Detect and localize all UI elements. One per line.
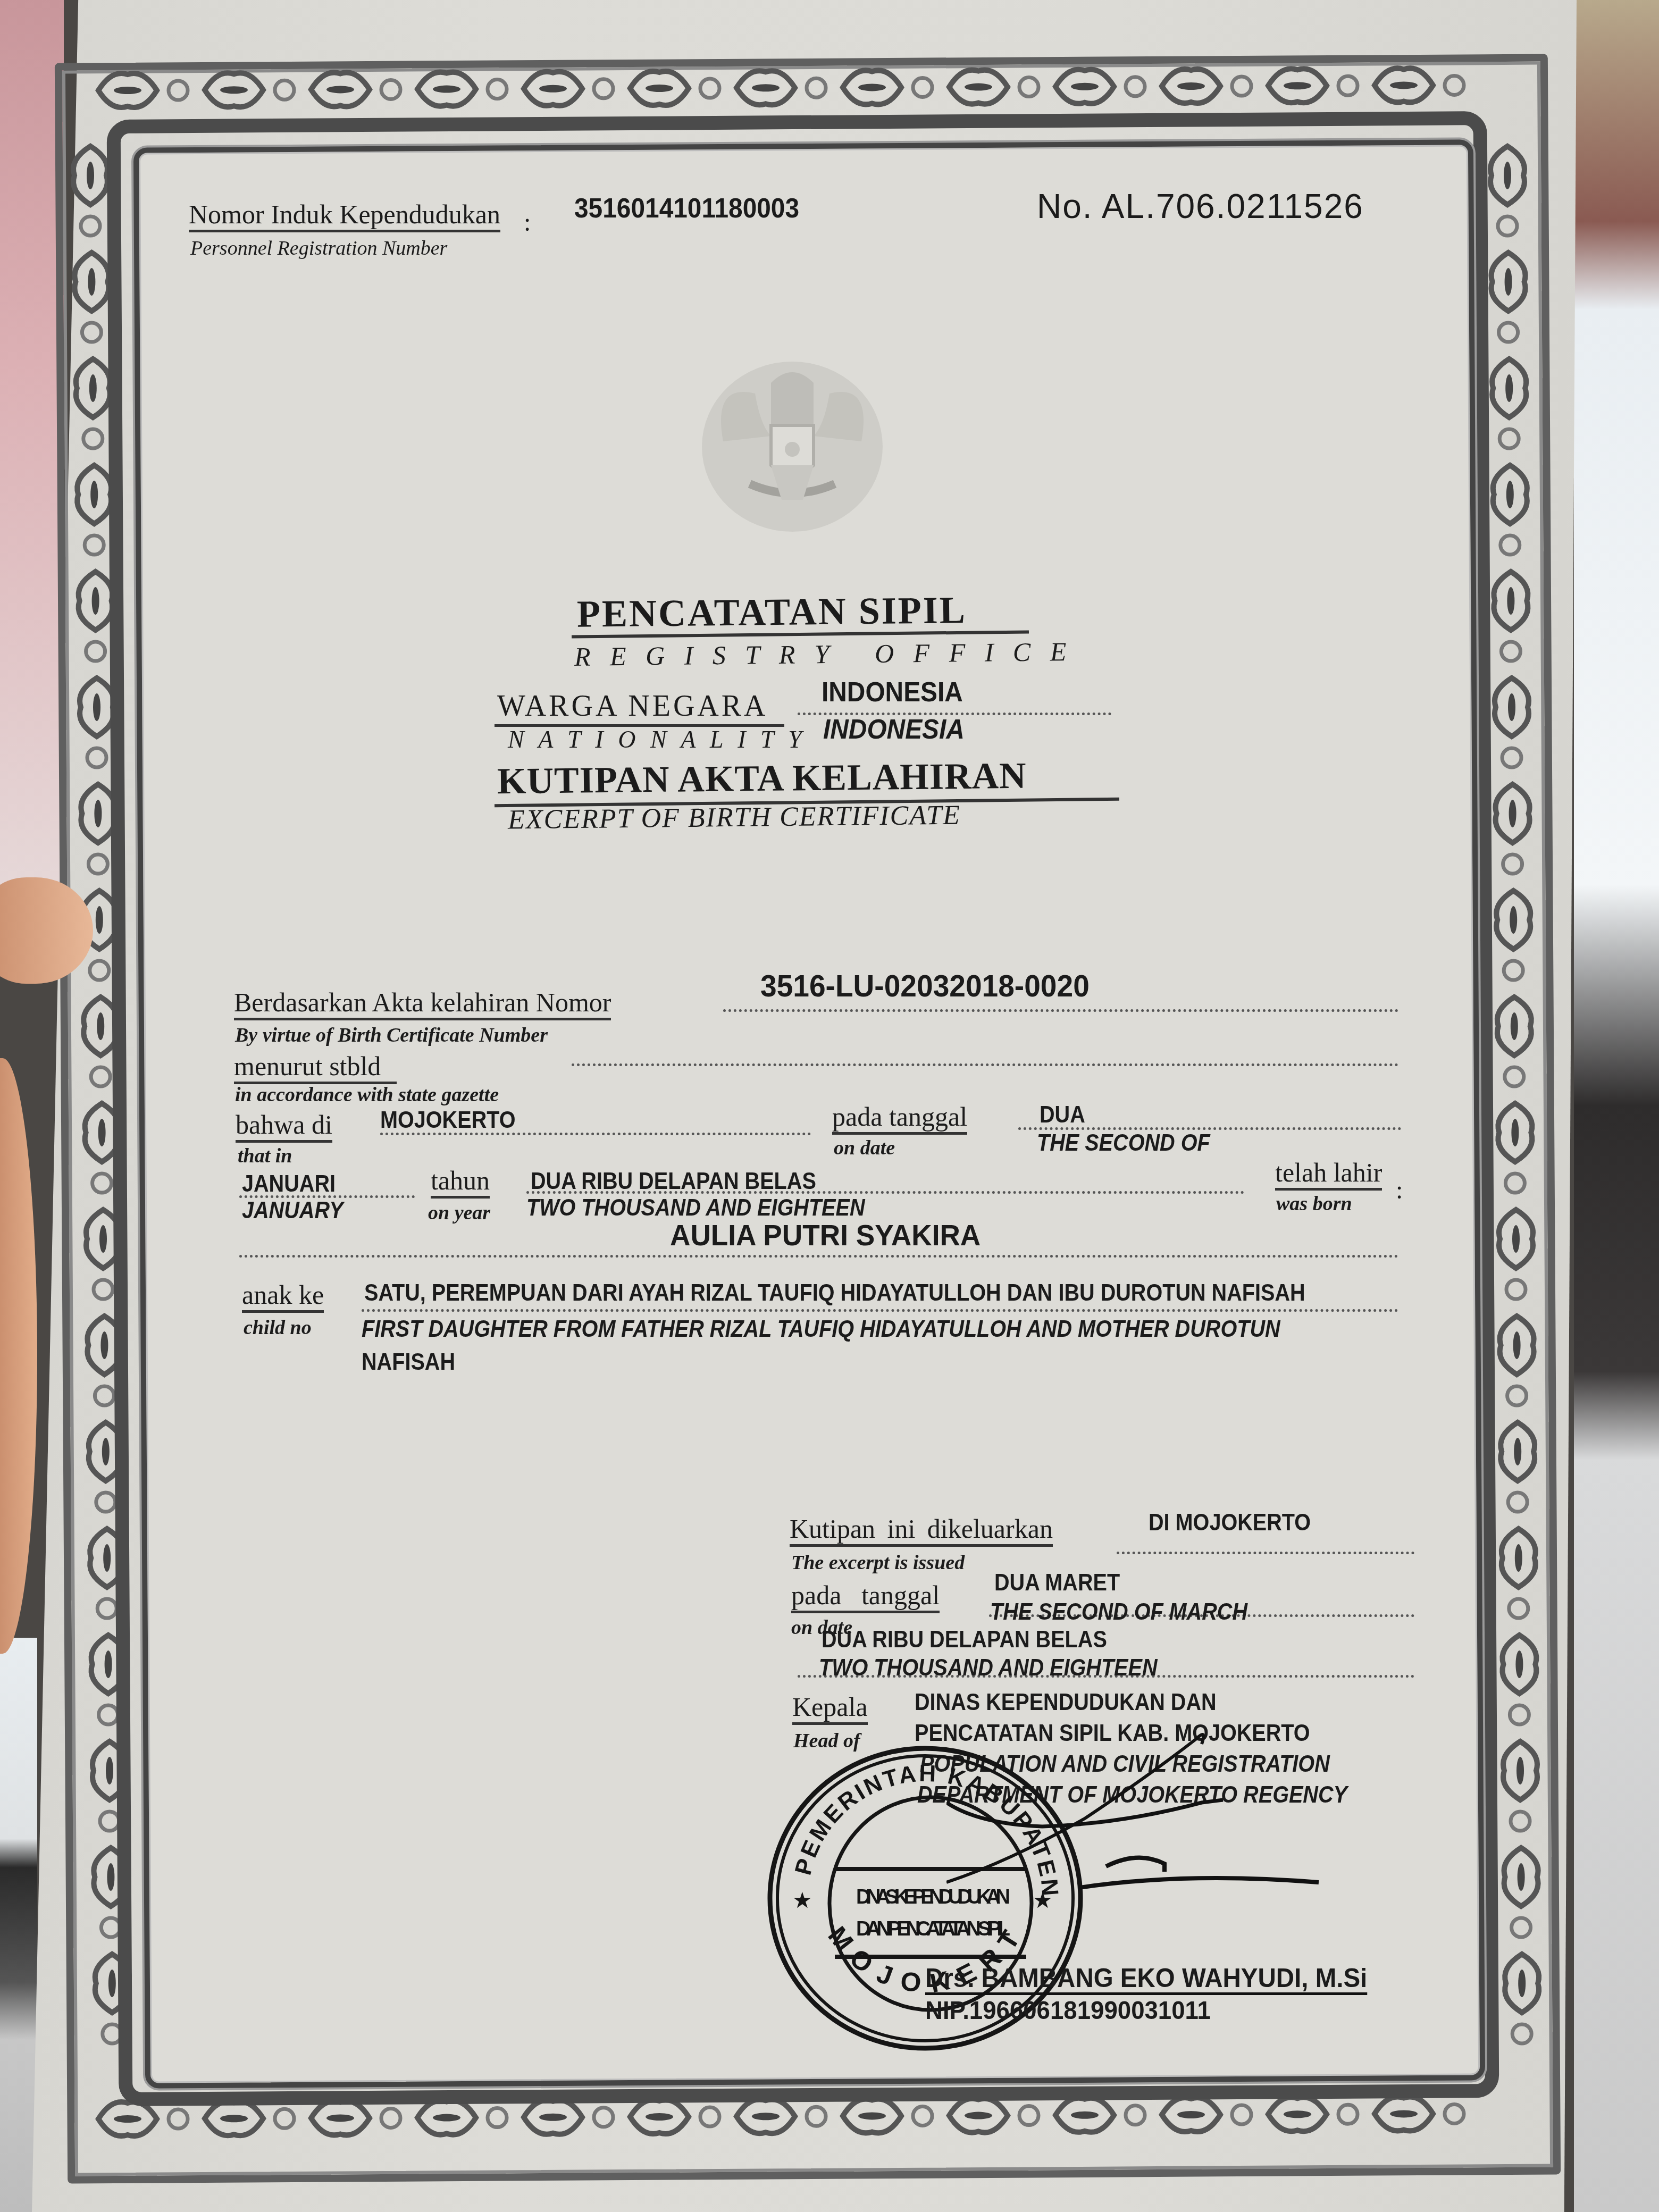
office-line-1: DINAS KEPENDUDUKAN DAN: [915, 1691, 1217, 1714]
nik-separator: :: [524, 210, 531, 236]
date-label-en: on date: [834, 1138, 895, 1158]
child-no-value-en-2: NAFISAH: [362, 1351, 455, 1374]
nationality-value-en: INDONESIA: [823, 716, 965, 743]
born-label-en: was born: [1276, 1194, 1352, 1214]
svg-text:★: ★: [792, 1889, 812, 1913]
month-value: JANUARI: [242, 1172, 336, 1196]
nik-value: 3516014101180003: [574, 195, 799, 222]
year-label-en: on year: [428, 1203, 490, 1223]
garuda-emblem-icon: [691, 351, 893, 542]
issued-date-en: THE SECOND OF MARCH: [990, 1601, 1247, 1624]
nationality-value: INDONESIA: [822, 678, 963, 706]
date-value-en: THE SECOND OF: [1037, 1132, 1210, 1155]
signatory-nip: NIP.196606181990031011: [925, 1998, 1211, 2024]
month-value-en: JANUARY: [242, 1199, 343, 1222]
cert-number-value: 3516-LU-02032018-0020: [760, 971, 1090, 1002]
serial-number: No. AL.706.0211526: [1037, 189, 1364, 223]
child-no-label-en: child no: [244, 1318, 312, 1338]
child-name: AULIA PUTRI SYAKIRA: [670, 1220, 981, 1250]
year-dotted-line: [526, 1191, 1244, 1194]
office-title: PENCATATAN SIPIL: [577, 591, 967, 633]
issued-label-en: The excerpt is issued: [791, 1553, 965, 1573]
stbld-dotted-line: [572, 1063, 1398, 1066]
nationality-label-en: N A T I O N A L I T Y: [508, 727, 806, 752]
place-label-en: that in: [238, 1146, 292, 1166]
signature: [946, 1728, 1468, 1951]
cert-number-dotted-line: [723, 1009, 1398, 1012]
issued-place: DI MOJOKERTO: [1149, 1511, 1311, 1535]
born-label: telah lahir: [1275, 1159, 1382, 1191]
office-title-en: R E G I S T R Y O F F I C E: [574, 638, 1073, 670]
head-label: Kepala: [792, 1694, 868, 1725]
child-no-value: SATU, PEREMPUAN DARI AYAH RIZAL TAUFIQ H…: [364, 1281, 1305, 1305]
stbld-label-en: in accordance with state gazette: [235, 1085, 499, 1105]
nik-label-en: Personnel Registration Number: [190, 238, 447, 258]
document-title: KUTIPAN AKTA KELAHIRAN: [497, 758, 1027, 800]
child-no-value-en-1: FIRST DAUGHTER FROM FATHER RIZAL TAUFIQ …: [362, 1318, 1280, 1341]
date-label: pada tanggal: [832, 1103, 967, 1135]
nik-label: Nomor Induk Kependudukan: [189, 201, 500, 232]
born-separator: :: [1396, 1178, 1403, 1203]
signatory-name: Drs. BAMBANG EKO WAHYUDI, M.Si: [925, 1965, 1367, 1995]
background-curtain: [0, 0, 64, 904]
cert-number-label: Berdasarkan Akta kelahiran Nomor: [234, 989, 611, 1020]
issued-year: DUA RIBU DELAPAN BELAS: [822, 1628, 1107, 1652]
year-value: DUA RIBU DELAPAN BELAS: [531, 1170, 816, 1193]
date-value: DUA: [1040, 1103, 1085, 1127]
place-value: MOJOKERTO: [380, 1109, 516, 1132]
child-no-dotted-line: [362, 1309, 1398, 1312]
nationality-label: WARGA NEGARA: [497, 691, 768, 721]
issued-year-en: TWO THOUSAND AND EIGHTEEN: [819, 1656, 1158, 1680]
document-title-en: EXCERPT OF BIRTH CERTIFICATE: [508, 802, 961, 834]
place-dotted-line: [380, 1133, 811, 1135]
year-value-en: TWO THOUSAND AND EIGHTEEN: [526, 1196, 865, 1220]
finger: [0, 1058, 37, 1654]
issued-date: DUA MARET: [994, 1571, 1120, 1595]
issued-place-dotted-line: [1117, 1552, 1414, 1554]
child-no-label: anak ke: [242, 1281, 324, 1313]
background-desk: [0, 1638, 37, 2212]
child-name-dotted-line: [239, 1255, 1398, 1258]
place-label: bahwa di: [236, 1111, 332, 1143]
issued-date-label: pada tanggal: [791, 1582, 940, 1613]
background-room: [1574, 0, 1659, 2212]
cert-number-label-en: By virtue of Birth Certificate Number: [235, 1025, 548, 1045]
year-label: tahun: [431, 1167, 490, 1199]
issued-label: Kutipan ini dikeluarkan: [790, 1515, 1053, 1547]
stbld-label: menurut stbld: [234, 1053, 397, 1084]
